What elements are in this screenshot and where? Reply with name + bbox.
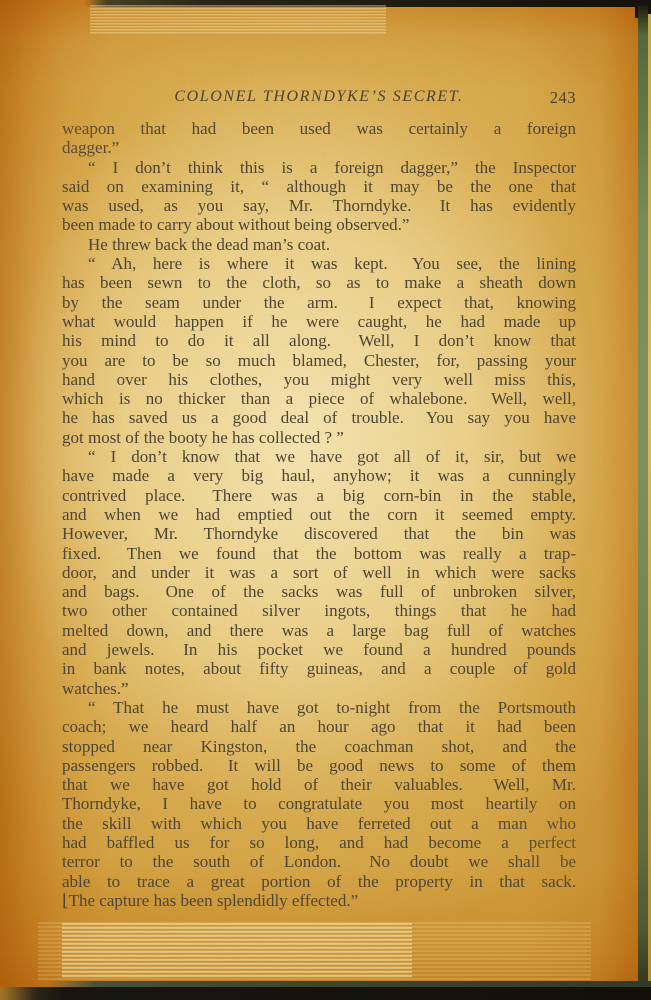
page-number: 243 bbox=[550, 88, 576, 108]
paragraph: “ That he must have got to-night from th… bbox=[62, 698, 576, 910]
text-line: “ Ah, here is where it was kept. You see… bbox=[62, 254, 576, 273]
text-line: got most of the booty he has collected ?… bbox=[62, 428, 576, 447]
text-line: “ I don’t think this is a foreign dagger… bbox=[62, 158, 576, 177]
paragraph: He threw back the dead man’s coat. bbox=[62, 235, 576, 254]
text-line: passengers robbed. It will be good news … bbox=[62, 756, 576, 775]
text-line: “ That he must have got to-night from th… bbox=[62, 698, 576, 717]
text-line: the skill with which you have ferreted o… bbox=[62, 814, 576, 833]
text-line: by the seam under the arm. I expect that… bbox=[62, 293, 576, 312]
text-line: Thorndyke, I have to congratulate you mo… bbox=[62, 794, 576, 813]
page-edge-striations-top bbox=[90, 5, 386, 34]
body-text: weapon that had been used was certainly … bbox=[62, 119, 576, 910]
paragraph: weapon that had been used was certainly … bbox=[62, 119, 576, 158]
text-line: his mind to do it all along. Well, I don… bbox=[62, 331, 576, 350]
text-line: he has saved us a good deal of trouble. … bbox=[62, 408, 576, 427]
paragraph: “ I don’t think this is a foreign dagger… bbox=[62, 158, 576, 235]
text-line: and jewels. In his pocket we found a hun… bbox=[62, 640, 576, 659]
text-line: that we have got hold of their valuables… bbox=[62, 775, 576, 794]
page-edge-striations-bottom bbox=[62, 923, 412, 978]
text-line: hand over his clothes, you might very we… bbox=[62, 370, 576, 389]
text-line: contrived place. There was a big corn-bi… bbox=[62, 486, 576, 505]
text-line: and bags. One of the sacks was full of u… bbox=[62, 582, 576, 601]
text-line: have made a very big haul, anyhow; it wa… bbox=[62, 466, 576, 485]
text-line: door, and under it was a sort of well in… bbox=[62, 563, 576, 582]
text-line: had baffled us for so long, and had beco… bbox=[62, 833, 576, 852]
text-line: He threw back the dead man’s coat. bbox=[62, 235, 576, 254]
running-header: COLONEL THORNDYKE’S SECRET. 243 bbox=[62, 88, 576, 109]
text-line: two other contained silver ingots, thing… bbox=[62, 601, 576, 620]
text-line: you are to be so much blamed, Chester, f… bbox=[62, 351, 576, 370]
text-line: said on examining it, “ although it may … bbox=[62, 177, 576, 196]
chapter-title: COLONEL THORNDYKE’S SECRET. bbox=[174, 88, 463, 105]
text-line: fixed. Then we found that the bottom was… bbox=[62, 544, 576, 563]
text-line: was used, as you say, Mr. Thorndyke. It … bbox=[62, 196, 576, 215]
text-line: watches.” bbox=[62, 679, 576, 698]
text-line: “ I don’t know that we have got all of i… bbox=[62, 447, 576, 466]
paragraph: “ I don’t know that we have got all of i… bbox=[62, 447, 576, 698]
text-line: able to trace a great portion of the pro… bbox=[62, 872, 576, 891]
text-line: dagger.” bbox=[62, 138, 576, 157]
scanned-book-page: COLONEL THORNDYKE’S SECRET. 243 weapon t… bbox=[0, 0, 651, 1000]
book-cover-edge bbox=[638, 6, 648, 984]
text-line: in bank notes, about fifty guineas, and … bbox=[62, 659, 576, 678]
text-line: However, Mr. Thorndyke discovered that t… bbox=[62, 524, 576, 543]
page-content: COLONEL THORNDYKE’S SECRET. 243 weapon t… bbox=[62, 88, 576, 910]
text-line: has been sewn to the cloth, so as to mak… bbox=[62, 273, 576, 292]
text-line: melted down, and there was a large bag f… bbox=[62, 621, 576, 640]
text-line: been made to carry about without being o… bbox=[62, 215, 576, 234]
text-line: stopped near Kingston, the coachman shot… bbox=[62, 737, 576, 756]
text-line: what would happen if he were caught, he … bbox=[62, 312, 576, 331]
text-line: which is no thicker than a piece of whal… bbox=[62, 389, 576, 408]
paragraph: “ Ah, here is where it was kept. You see… bbox=[62, 254, 576, 447]
text-line: weapon that had been used was certainly … bbox=[62, 119, 576, 138]
bottom-shadow-band bbox=[0, 987, 651, 1000]
text-line: and when we had emptied out the corn it … bbox=[62, 505, 576, 524]
text-line: ⌊The capture has been splendidly effecte… bbox=[62, 891, 576, 910]
text-line: terror to the south of London. No doubt … bbox=[62, 852, 576, 871]
text-line: coach; we heard half an hour ago that it… bbox=[62, 717, 576, 736]
